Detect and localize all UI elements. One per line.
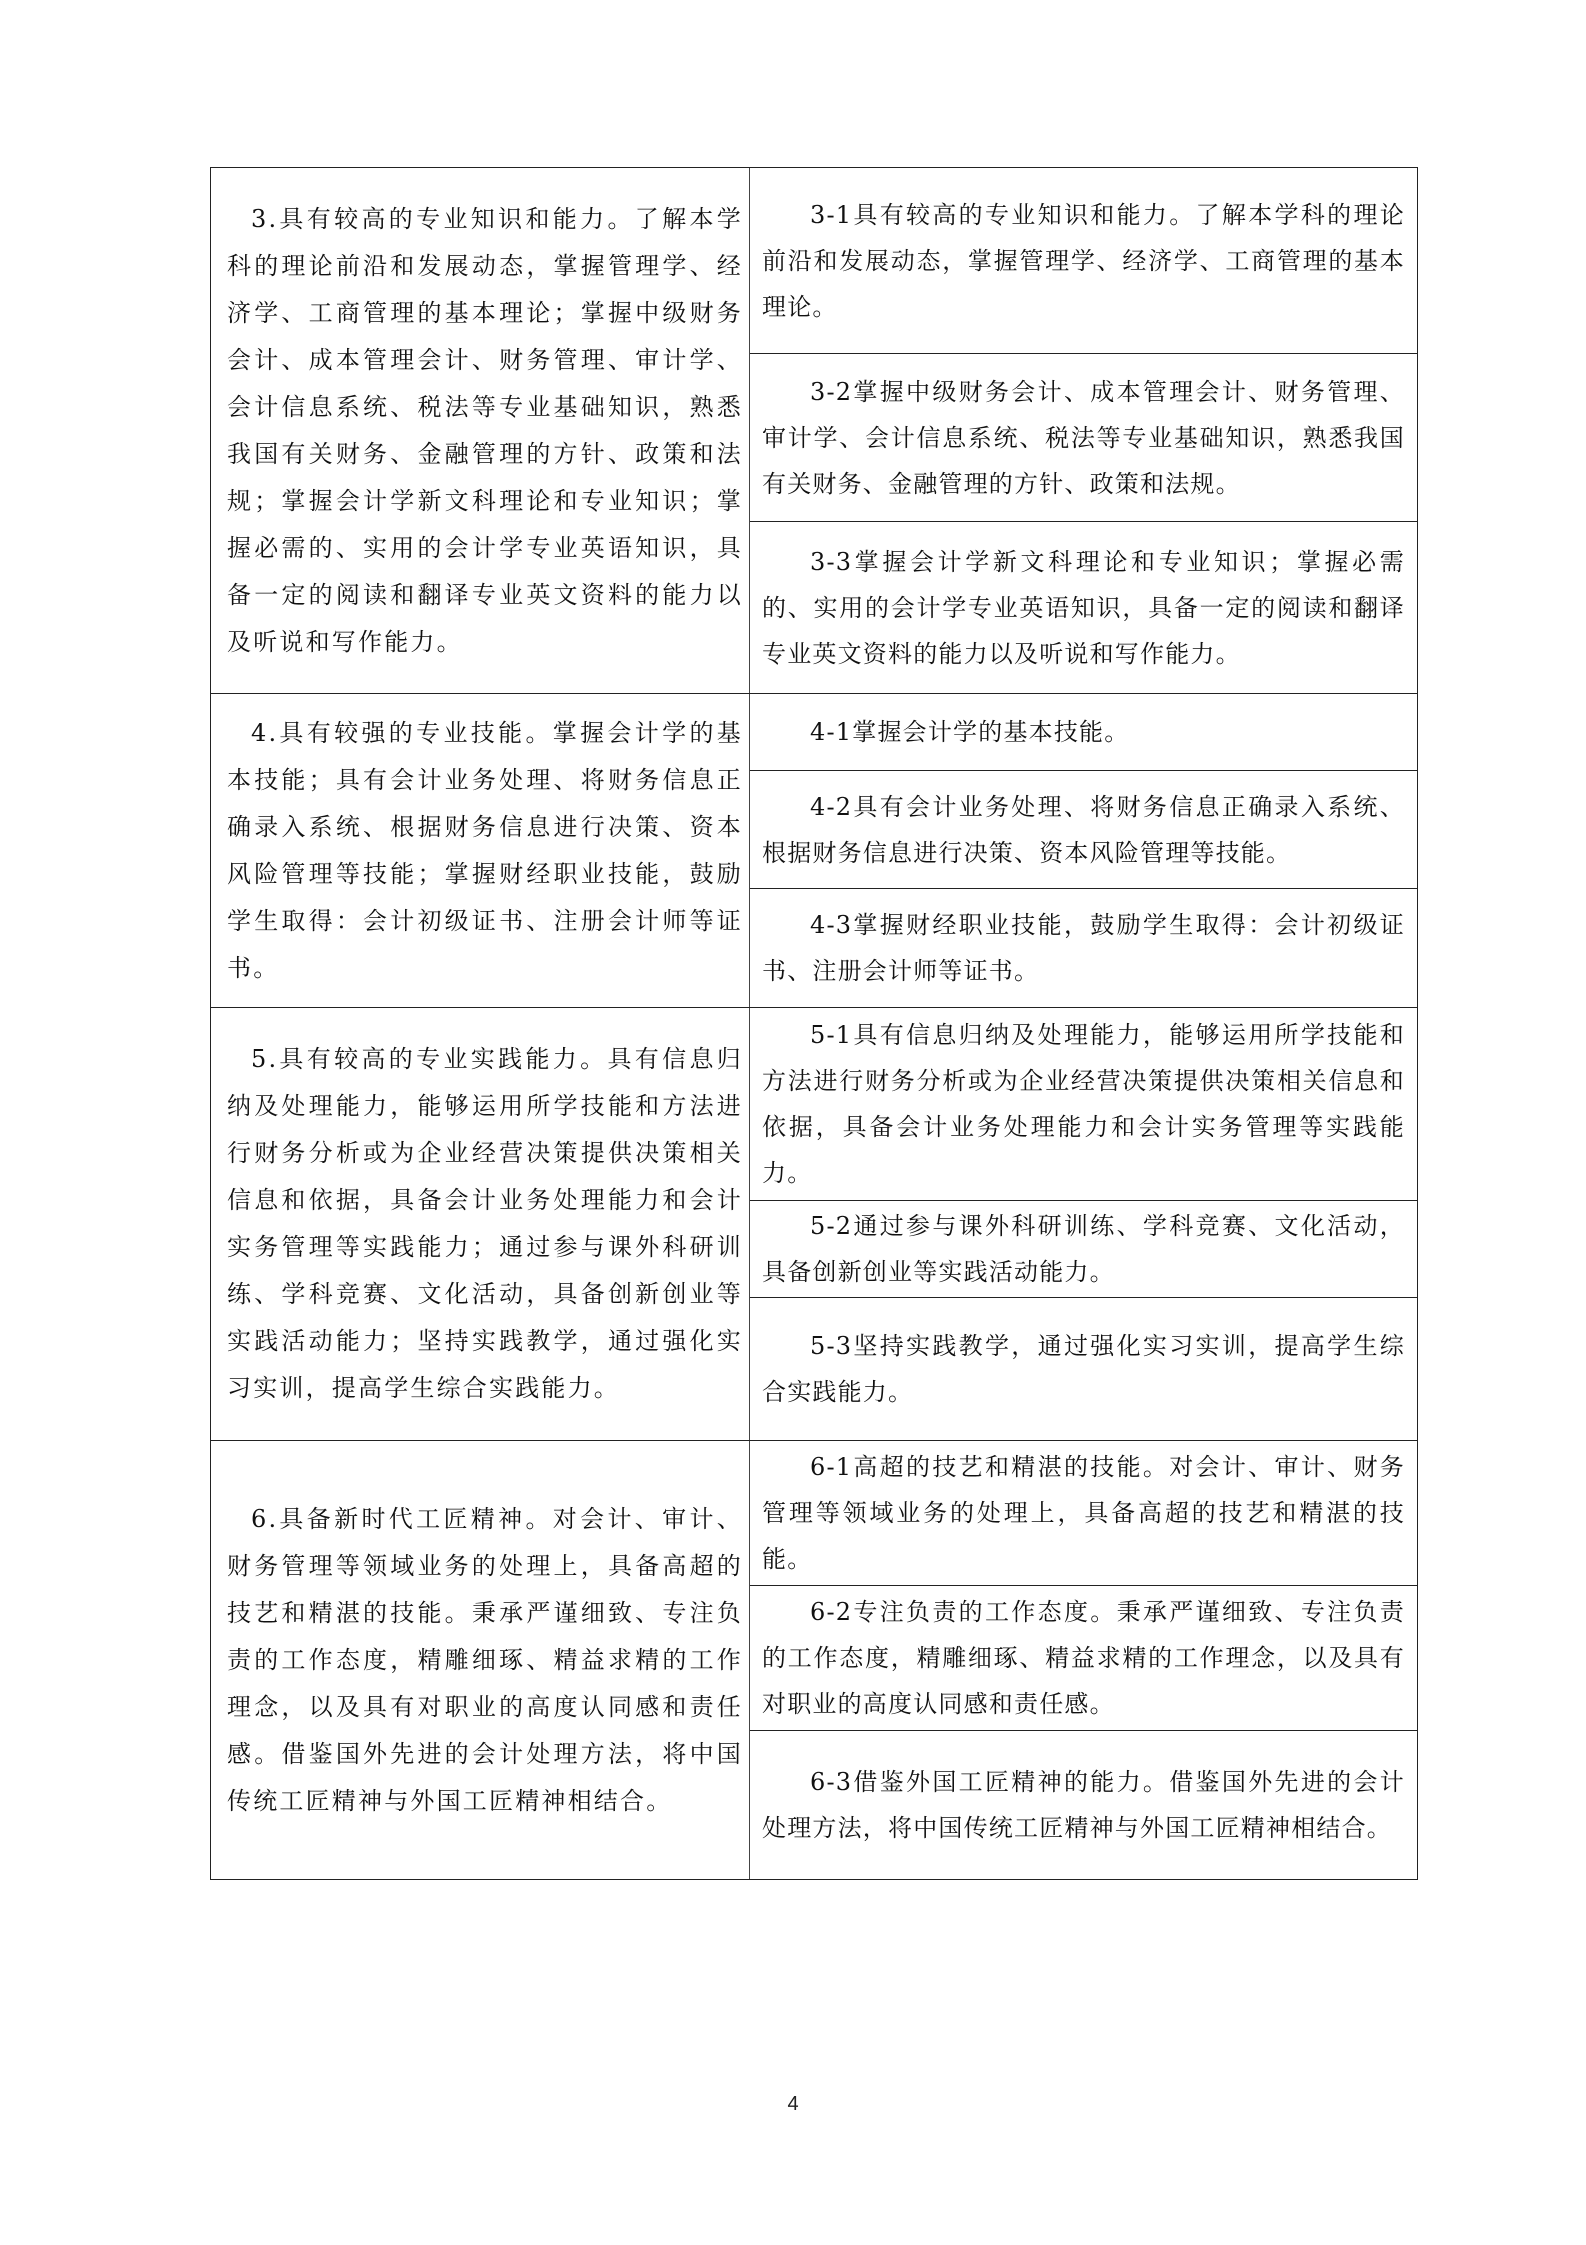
objective-cell: 6.具备新时代工匠精神。对会计、审计、财务管理等领域业务的处理上，具备高超的技艺…	[211, 1441, 750, 1879]
indicator-cell: 6-2专注负责的工作态度。秉承严谨细致、专注负责的工作态度，精雕细琢、精益求精的…	[750, 1586, 1417, 1731]
indicator-cell: 4-3掌握财经职业技能，鼓励学生取得：会计初级证书、注册会计师等证书。	[750, 889, 1417, 1007]
indicator-cell: 6-3借鉴外国工匠精神的能力。借鉴国外先进的会计处理方法，将中国传统工匠精神与外…	[750, 1731, 1417, 1879]
objective-text: 4.具有较强的专业技能。掌握会计学的基本技能；具有会计业务处理、将财务信息正确录…	[227, 710, 743, 992]
indicator-text: 5-1具有信息归纳及处理能力，能够运用所学技能和方法进行财务分析或为企业经营决策…	[762, 1012, 1405, 1196]
indicator-column: 3-1具有较高的专业知识和能力。了解本学科的理论前沿和发展动态，掌握管理学、经济…	[750, 168, 1417, 693]
indicator-column: 5-1具有信息归纳及处理能力，能够运用所学技能和方法进行财务分析或为企业经营决策…	[750, 1008, 1417, 1440]
indicator-cell: 6-1高超的技艺和精湛的技能。对会计、审计、财务管理等领域业务的处理上，具备高超…	[750, 1441, 1417, 1586]
indicator-text: 4-2具有会计业务处理、将财务信息正确录入系统、根据财务信息进行决策、资本风险管…	[762, 784, 1405, 876]
objective-text: 6.具备新时代工匠精神。对会计、审计、财务管理等领域业务的处理上，具备高超的技艺…	[227, 1496, 743, 1825]
indicator-cell: 3-2掌握中级财务会计、成本管理会计、财务管理、审计学、会计信息系统、税法等专业…	[750, 354, 1417, 522]
indicator-text: 6-2专注负责的工作态度。秉承严谨细致、专注负责的工作态度，精雕细琢、精益求精的…	[762, 1589, 1405, 1727]
indicator-column: 4-1掌握会计学的基本技能。 4-2具有会计业务处理、将财务信息正确录入系统、根…	[750, 694, 1417, 1007]
objective-text: 5.具有较高的专业实践能力。具有信息归纳及处理能力，能够运用所学技能和方法进行财…	[227, 1036, 743, 1412]
indicator-cell: 3-3掌握会计学新文科理论和专业知识；掌握必需的、实用的会计学专业英语知识，具备…	[750, 522, 1417, 693]
page-number: 4	[0, 2093, 1586, 2116]
indicator-text: 5-3坚持实践教学，通过强化实习实训，提高学生综合实践能力。	[762, 1323, 1405, 1415]
indicator-column: 6-1高超的技艺和精湛的技能。对会计、审计、财务管理等领域业务的处理上，具备高超…	[750, 1441, 1417, 1879]
table-row-objective-3: 3.具有较高的专业知识和能力。了解本学科的理论前沿和发展动态，掌握管理学、经济学…	[211, 168, 1417, 694]
table-row-objective-5: 5.具有较高的专业实践能力。具有信息归纳及处理能力，能够运用所学技能和方法进行财…	[211, 1008, 1417, 1441]
objectives-indicators-table: 3.具有较高的专业知识和能力。了解本学科的理论前沿和发展动态，掌握管理学、经济学…	[210, 167, 1418, 1880]
indicator-cell: 4-1掌握会计学的基本技能。	[750, 694, 1417, 771]
indicator-text: 6-3借鉴外国工匠精神的能力。借鉴国外先进的会计处理方法，将中国传统工匠精神与外…	[762, 1759, 1405, 1851]
objective-text: 3.具有较高的专业知识和能力。了解本学科的理论前沿和发展动态，掌握管理学、经济学…	[227, 196, 743, 666]
indicator-cell: 5-1具有信息归纳及处理能力，能够运用所学技能和方法进行财务分析或为企业经营决策…	[750, 1008, 1417, 1201]
objective-cell: 3.具有较高的专业知识和能力。了解本学科的理论前沿和发展动态，掌握管理学、经济学…	[211, 168, 750, 693]
indicator-text: 3-2掌握中级财务会计、成本管理会计、财务管理、审计学、会计信息系统、税法等专业…	[762, 369, 1405, 507]
indicator-text: 4-1掌握会计学的基本技能。	[762, 709, 1129, 755]
indicator-cell: 5-2通过参与课外科研训练、学科竞赛、文化活动，具备创新创业等实践活动能力。	[750, 1201, 1417, 1298]
objective-cell: 5.具有较高的专业实践能力。具有信息归纳及处理能力，能够运用所学技能和方法进行财…	[211, 1008, 750, 1440]
indicator-cell: 4-2具有会计业务处理、将财务信息正确录入系统、根据财务信息进行决策、资本风险管…	[750, 771, 1417, 889]
objective-cell: 4.具有较强的专业技能。掌握会计学的基本技能；具有会计业务处理、将财务信息正确录…	[211, 694, 750, 1007]
indicator-cell: 3-1具有较高的专业知识和能力。了解本学科的理论前沿和发展动态，掌握管理学、经济…	[750, 168, 1417, 354]
indicator-text: 3-3掌握会计学新文科理论和专业知识；掌握必需的、实用的会计学专业英语知识，具备…	[762, 539, 1405, 677]
indicator-text: 3-1具有较高的专业知识和能力。了解本学科的理论前沿和发展动态，掌握管理学、经济…	[762, 192, 1405, 330]
indicator-text: 6-1高超的技艺和精湛的技能。对会计、审计、财务管理等领域业务的处理上，具备高超…	[762, 1444, 1405, 1582]
table-row-objective-4: 4.具有较强的专业技能。掌握会计学的基本技能；具有会计业务处理、将财务信息正确录…	[211, 694, 1417, 1008]
indicator-cell: 5-3坚持实践教学，通过强化实习实训，提高学生综合实践能力。	[750, 1298, 1417, 1440]
table-row-objective-6: 6.具备新时代工匠精神。对会计、审计、财务管理等领域业务的处理上，具备高超的技艺…	[211, 1441, 1417, 1879]
indicator-text: 4-3掌握财经职业技能，鼓励学生取得：会计初级证书、注册会计师等证书。	[762, 902, 1405, 994]
indicator-text: 5-2通过参与课外科研训练、学科竞赛、文化活动，具备创新创业等实践活动能力。	[762, 1203, 1405, 1295]
